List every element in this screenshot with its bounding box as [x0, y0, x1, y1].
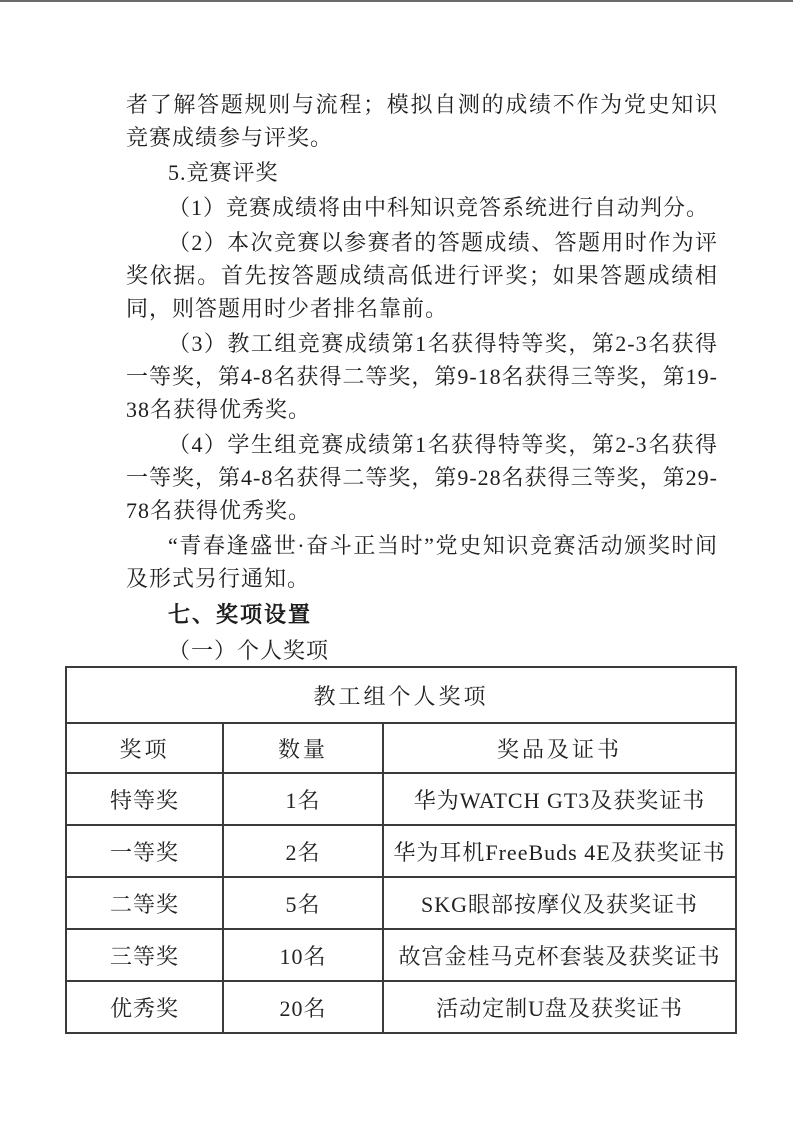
cell-award: 三等奖 — [66, 929, 223, 981]
paragraph-award-notice: “青春逢盛世·奋斗正当时”党史知识竞赛活动颁奖时间及形式另行通知。 — [126, 529, 718, 595]
cell-quantity: 5名 — [223, 877, 383, 929]
cell-quantity: 20名 — [223, 981, 383, 1033]
cell-award: 一等奖 — [66, 825, 223, 877]
cell-prize: 活动定制U盘及获奖证书 — [383, 981, 736, 1033]
cell-award: 二等奖 — [66, 877, 223, 929]
paragraph-item-2: （2）本次竞赛以参赛者的答题成绩、答题用时作为评奖依据。首先按答题成绩高低进行评… — [126, 226, 718, 325]
cell-quantity: 10名 — [223, 929, 383, 981]
table-header-row: 奖项 数量 奖品及证书 — [66, 723, 736, 773]
subsection-heading-5: 5.竞赛评奖 — [126, 156, 718, 189]
cell-award: 优秀奖 — [66, 981, 223, 1033]
table-row-second-prize: 二等奖 5名 SKG眼部按摩仪及获奖证书 — [66, 877, 736, 929]
paragraph-item-4: （4）学生组竞赛成绩第1名获得特等奖，第2-3名获得一等奖，第4-8名获得二等奖… — [126, 428, 718, 527]
cell-quantity: 1名 — [223, 773, 383, 825]
cell-prize: 华为WATCH GT3及获奖证书 — [383, 773, 736, 825]
subsection-heading-individual-awards: （一）个人奖项 — [126, 634, 718, 667]
table-title-row: 教工组个人奖项 — [66, 667, 736, 723]
table-row-excellence-prize: 优秀奖 20名 活动定制U盘及获奖证书 — [66, 981, 736, 1033]
paragraph-item-3: （3）教工组竞赛成绩第1名获得特等奖，第2-3名获得一等奖，第4-8名获得二等奖… — [126, 327, 718, 426]
table-row-special-prize: 特等奖 1名 华为WATCH GT3及获奖证书 — [66, 773, 736, 825]
cell-award: 特等奖 — [66, 773, 223, 825]
prize-table: 教工组个人奖项 奖项 数量 奖品及证书 特等奖 1名 华为WATCH GT3及获… — [65, 666, 737, 1034]
cell-prize: 华为耳机FreeBuds 4E及获奖证书 — [383, 825, 736, 877]
paragraph-continuation: 者了解答题规则与流程；模拟自测的成绩不作为党史知识竞赛成绩参与评奖。 — [126, 88, 718, 154]
section-heading-7: 七、奖项设置 — [126, 598, 718, 631]
column-header-prize: 奖品及证书 — [383, 723, 736, 773]
table-row-first-prize: 一等奖 2名 华为耳机FreeBuds 4E及获奖证书 — [66, 825, 736, 877]
column-header-award: 奖项 — [66, 723, 223, 773]
cell-prize: 故宫金桂马克杯套装及获奖证书 — [383, 929, 736, 981]
cell-prize: SKG眼部按摩仪及获奖证书 — [383, 877, 736, 929]
scan-edge-line — [0, 0, 793, 2]
table-row-third-prize: 三等奖 10名 故宫金桂马克杯套装及获奖证书 — [66, 929, 736, 981]
column-header-quantity: 数量 — [223, 723, 383, 773]
document-page: 者了解答题规则与流程；模拟自测的成绩不作为党史知识竞赛成绩参与评奖。 5.竞赛评… — [0, 0, 793, 1122]
cell-quantity: 2名 — [223, 825, 383, 877]
table-title: 教工组个人奖项 — [66, 667, 736, 723]
document-body-text: 者了解答题规则与流程；模拟自测的成绩不作为党史知识竞赛成绩参与评奖。 5.竞赛评… — [126, 88, 718, 669]
paragraph-item-1: （1）竞赛成绩将由中科知识竞答系统进行自动判分。 — [126, 191, 718, 224]
